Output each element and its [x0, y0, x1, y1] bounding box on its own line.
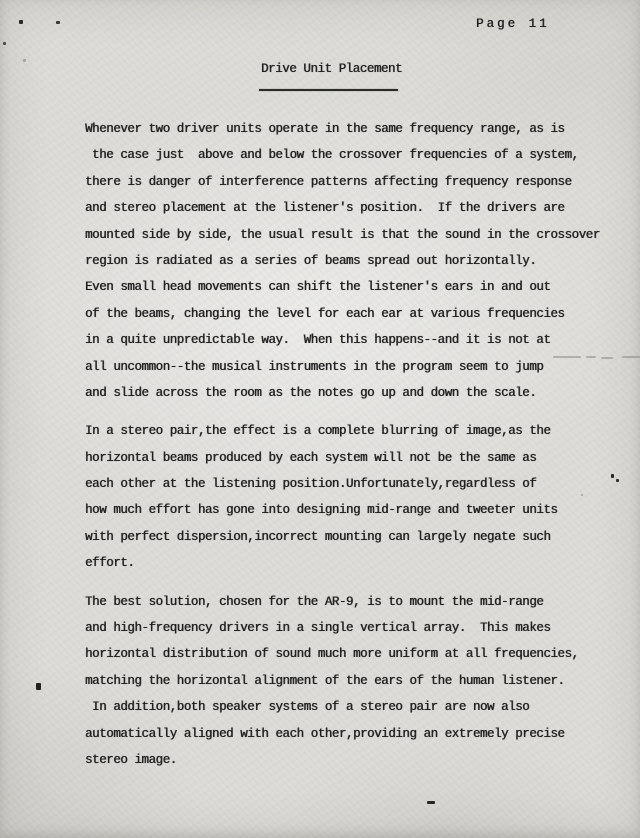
text-line: with perfect dispersion,incorrect mounti… — [85, 524, 625, 550]
text-line: In addition,both speaker systems of a st… — [85, 694, 625, 720]
text-line: In a stereo pair,the effect is a complet… — [85, 418, 625, 444]
text-line: horizontal distribution of sound much mo… — [85, 641, 625, 667]
ink-speck — [19, 20, 23, 24]
ink-speck — [581, 494, 583, 496]
text-line: the case just above and below the crosso… — [85, 142, 625, 168]
text-line: automatically aligned with each other,pr… — [85, 721, 625, 747]
ink-speck — [427, 801, 435, 804]
text-line: all uncommon--the musical instruments in… — [85, 354, 625, 380]
paragraph-2: In a stereo pair,the effect is a complet… — [85, 418, 625, 576]
ink-speck — [3, 42, 6, 45]
text-line: mounted side by side, the usual result i… — [85, 222, 625, 248]
text-line: region is radiated as a series of beams … — [85, 248, 625, 274]
text-line: stereo image. — [85, 747, 625, 773]
ink-speck — [36, 683, 41, 690]
text-line: and slide across the room as the notes g… — [85, 380, 625, 406]
pencil-mark — [601, 357, 613, 359]
paragraph-3: The best solution, chosen for the AR-9, … — [85, 589, 625, 774]
text-line: Even small head movements can shift the … — [85, 274, 625, 300]
text-line: there is danger of interference patterns… — [85, 169, 625, 195]
text-line: horizontal beams produced by each system… — [85, 445, 625, 471]
text-line: each other at the listening position.Unf… — [85, 471, 625, 497]
text-line: matching the horizontal alignment of the… — [85, 668, 625, 694]
text-line: of the beams, changing the level for eac… — [85, 301, 625, 327]
text-line: Whenever two driver units operate in the… — [85, 116, 625, 142]
text-line: and high-frequency drivers in a single v… — [85, 615, 625, 641]
document-body: Whenever two driver units operate in the… — [85, 116, 625, 785]
text-line: and stereo placement at the listener's p… — [85, 195, 625, 221]
pencil-mark — [586, 356, 596, 358]
ink-speck — [611, 474, 614, 478]
text-line: how much effort has gone into designing … — [85, 497, 625, 523]
title-underline — [259, 89, 398, 91]
paragraph-1: Whenever two driver units operate in the… — [85, 116, 625, 406]
ink-speck — [616, 479, 619, 482]
ink-speck — [56, 21, 60, 24]
page-title: Drive Unit Placement — [261, 62, 402, 76]
page-number: Page 11 — [476, 17, 550, 31]
ink-speck — [23, 59, 26, 62]
pencil-mark — [622, 356, 640, 358]
scanned-document-page: Page 11 Drive Unit Placement Whenever tw… — [0, 0, 640, 838]
pencil-mark — [553, 356, 581, 358]
text-line: in a quite unpredictable way. When this … — [85, 327, 625, 353]
text-line: effort. — [85, 550, 625, 576]
text-line: The best solution, chosen for the AR-9, … — [85, 589, 625, 615]
